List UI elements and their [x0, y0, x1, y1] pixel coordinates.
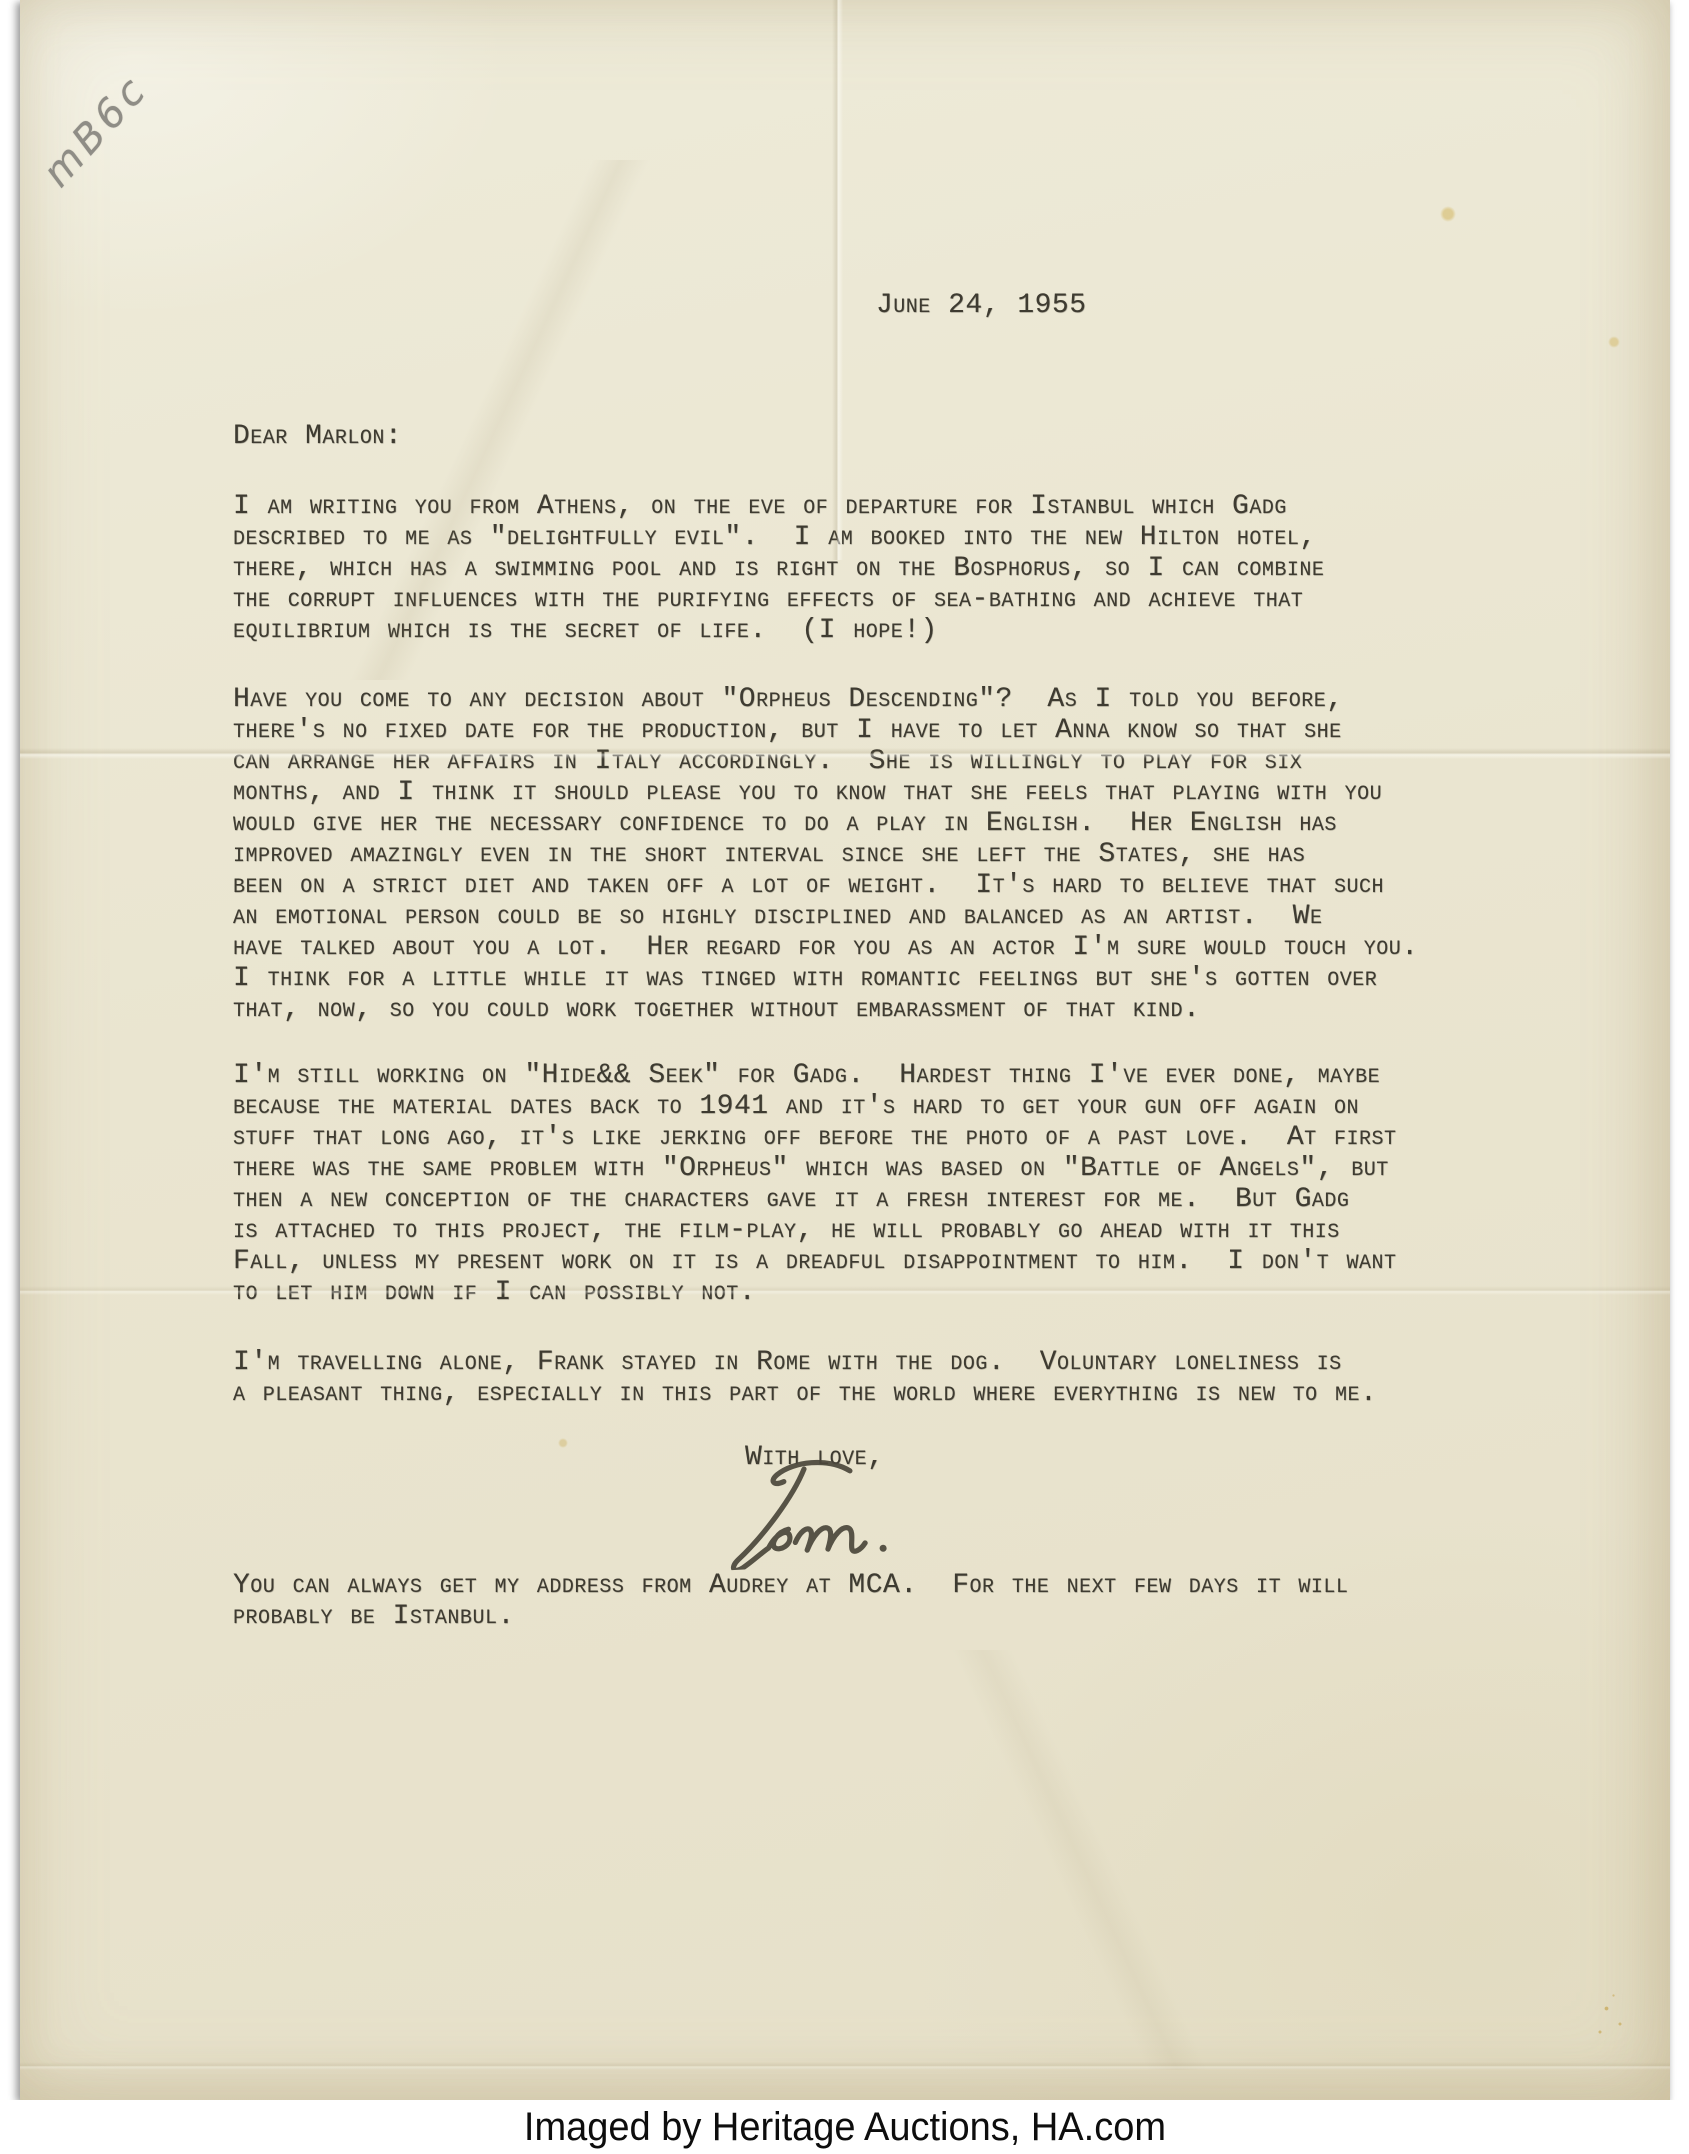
letter-salutation: Dear Marlon: [233, 421, 402, 452]
signature-tenn [695, 1448, 960, 1571]
letter-paragraph-athens: I am writing you from Athens, on the eve… [233, 491, 1324, 646]
footer-caption: Imaged by Heritage Auctions, HA.com [523, 2105, 1165, 2150]
letter-date: June 24, 1955 [876, 290, 1087, 321]
pencil-annotation: mB6c [34, 66, 158, 196]
letter-paper: mB6c June 24, 1955 Dear Marlon: I am wri… [20, 0, 1670, 2100]
footer-caption-bar: Imaged by Heritage Auctions, HA.com [0, 2100, 1689, 2154]
letter-postscript: You can always get my address from Audre… [233, 1570, 1348, 1632]
paper-creases-overlay [20, 0, 1670, 2100]
letter-paragraph-orpheus-anna: Have you come to any decision about "Orp… [233, 684, 1419, 1025]
letter-paragraph-hide-and-seek: I'm still working on "Hide&& Seek" for G… [233, 1060, 1396, 1308]
letter-paragraph-travelling-alone: I'm travelling alone, Frank stayed in Ro… [233, 1347, 1377, 1409]
scanned-letter-page: { "document": { "kind": "typed letter, s… [0, 0, 1689, 2154]
